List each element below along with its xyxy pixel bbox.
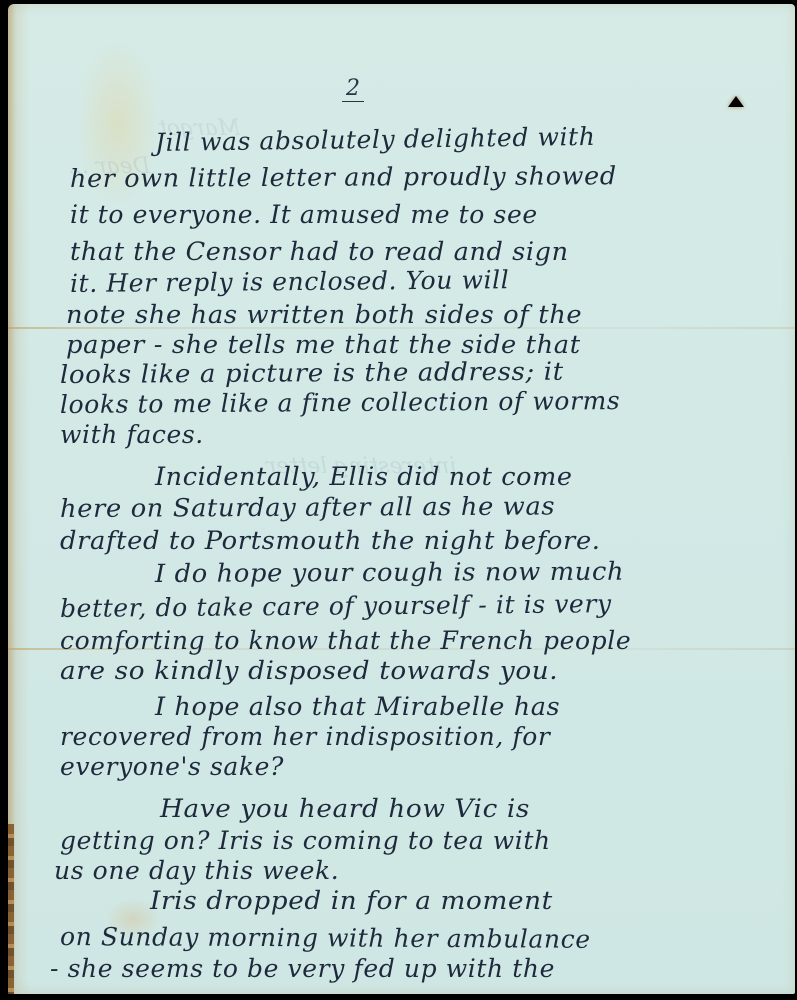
letter-line: Iris dropped in for a moment	[150, 886, 553, 915]
letter-line: here on Saturday after all as he was	[60, 491, 555, 523]
letter-line: are so kindly disposed towards you.	[60, 656, 558, 685]
letter-line: - she seems to be very fed up with the	[50, 954, 555, 983]
letter-line: better, do take care of yourself - it is…	[60, 589, 612, 623]
letter-line: looks like a picture is the address; it	[60, 357, 564, 389]
letter-line: paper - she tells me that the side that	[66, 330, 581, 359]
letter-line: it. Her reply is enclosed. You will	[70, 265, 510, 298]
letter-line: comforting to know that the French peopl…	[60, 626, 631, 655]
letter-line: on Sunday morning with her ambulance	[60, 922, 591, 954]
letter-line: looks to me like a fine collection of wo…	[60, 386, 621, 419]
letter-line: Have you heard how Vic is	[160, 794, 530, 823]
letter-line: it to everyone. It amused me to see	[70, 200, 538, 229]
letter-line: that the Censor had to read and sign	[70, 237, 569, 266]
paper-hole	[728, 96, 744, 107]
letter-line: everyone's sake?	[60, 752, 284, 781]
letter-line: Incidentally, Ellis did not come	[155, 462, 573, 491]
letter-line: drafted to Portsmouth the night before.	[60, 526, 601, 555]
page-number: 2	[342, 78, 364, 102]
letter-line: her own little letter and proudly showed	[70, 161, 617, 193]
letter-line: with faces.	[60, 420, 204, 449]
letter-line: us one day this week.	[54, 856, 339, 885]
letter-line: Jill was absolutely delighted with	[155, 122, 596, 157]
letter-line: I hope also that Mirabelle has	[155, 692, 560, 721]
letter-line: I do hope your cough is now much	[155, 557, 624, 588]
letter-line: recovered from her indisposition, for	[60, 722, 550, 751]
letter-line: getting on? Iris is coming to tea with	[60, 826, 551, 855]
letter-page: Margot Dear ... interesting letter ... 2…	[8, 4, 795, 994]
letter-line: note she has written both sides of the	[66, 300, 582, 329]
edge-stain	[8, 824, 14, 994]
